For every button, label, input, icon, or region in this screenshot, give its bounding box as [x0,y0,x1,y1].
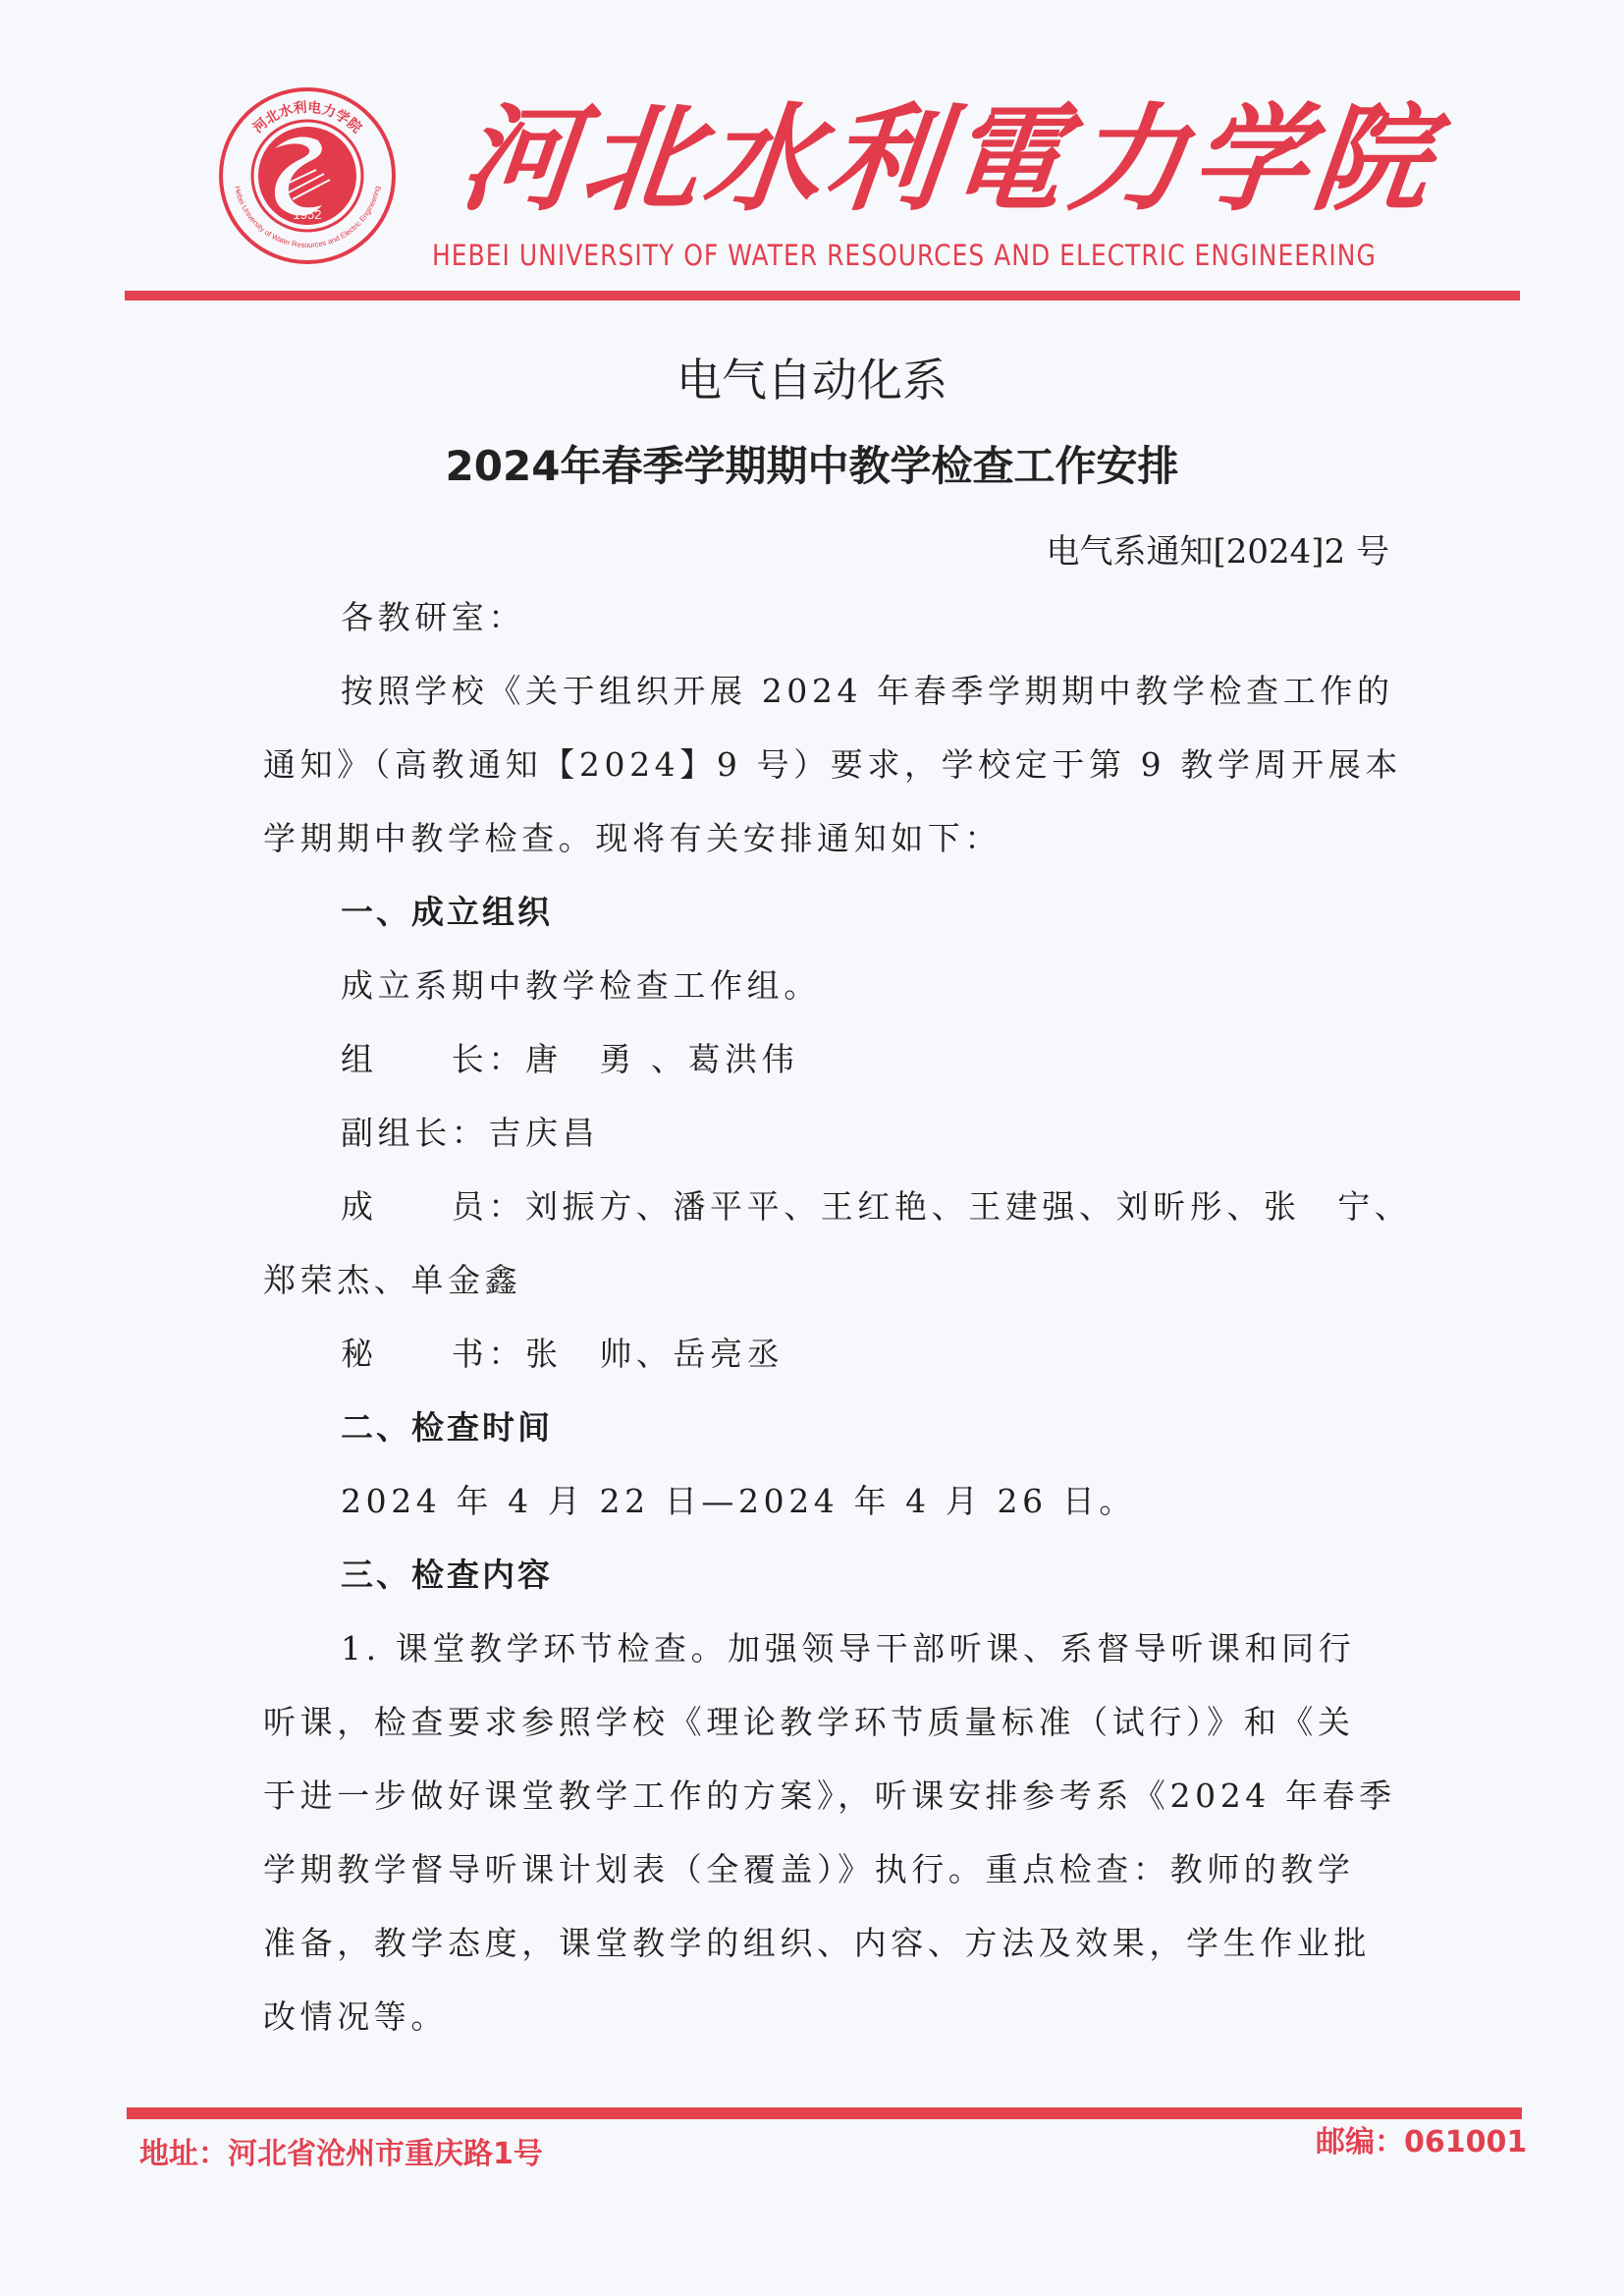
secretary-names: 张 帅、岳亮丞 [525,1335,784,1373]
deputy-name: 吉庆昌 [488,1114,599,1152]
section-heading-content: 三、检查内容 [263,1549,1392,1622]
section-text: 成立系期中教学检查工作组。 [263,959,1392,1033]
intro-line: 学期期中教学检查。现将有关安排通知如下： [263,812,1392,886]
school-name-english: HEBEI UNIVERSITY OF WATER RESOURCES AND … [432,240,1286,271]
content-line: 学期教学督导听课计划表（全覆盖）》执行。重点检查：教师的教学 [263,1843,1392,1917]
inspection-dates: 2024 年 4 月 22 日—2024 年 4 月 26 日。 [263,1475,1392,1549]
footer-postcode: 邮编：061001 [1316,2123,1512,2162]
salutation: 各教研室： [263,591,1392,665]
content-line: 准备，教学态度，课堂教学的组织、内容、方法及效果，学生作业批 [263,1917,1392,1991]
deputy-row: 副组长：吉庆昌 [263,1107,1392,1180]
section-heading-organization: 一、成立组织 [263,886,1392,959]
members-row: 成 员：刘振方、潘平平、王红艳、王建强、刘昕彤、张 宁、 [263,1180,1392,1254]
university-logo: 1952 河北水利电力学院 Hebei University of Water … [218,83,397,268]
footer-divider [127,2107,1522,2119]
leader-label: 组 长： [341,1040,525,1078]
content-line: 于进一步做好课堂教学工作的方案》，听课安排参考系《2024 年春季 [263,1770,1392,1843]
document-title: 2024年春季学期期中教学检查工作安排 [0,440,1624,493]
university-seal-icon: 1952 河北水利电力学院 Hebei University of Water … [218,83,397,268]
secretary-row: 秘 书：张 帅、岳亮丞 [263,1328,1392,1401]
leader-row: 组 长：唐 勇 、葛洪伟 [263,1033,1392,1107]
members-continued: 郑荣杰、单金鑫 [263,1254,1392,1328]
content-line: 改情况等。 [263,1991,1392,2064]
content-line: 听课，检查要求参照学校《理论教学环节质量标准（试行）》和《关 [263,1696,1392,1770]
members-names: 刘振方、潘平平、王红艳、王建强、刘昕彤、张 宁、 [525,1187,1411,1226]
deputy-label: 副组长： [341,1114,488,1152]
leader-names: 唐 勇 、葛洪伟 [525,1040,798,1078]
members-label: 成 员： [341,1187,525,1226]
department-title: 电气自动化系 [0,354,1624,407]
header-divider [125,291,1520,301]
footer-address: 地址：河北省沧州市重庆路1号 [139,2135,543,2174]
secretary-label: 秘 书： [341,1335,525,1373]
document-body: 各教研室： 按照学校《关于组织开展 2024 年春季学期期中教学检查工作的 通知… [263,591,1392,2064]
section-heading-time: 二、检查时间 [263,1401,1392,1475]
svg-text:1952: 1952 [294,207,322,222]
content-line: 1. 课堂教学环节检查。加强领导干部听课、系督导听课和同行 [263,1622,1392,1696]
intro-line: 通知》（高教通知【2024】9 号）要求，学校定于第 9 教学周开展本 [263,738,1392,812]
intro-line: 按照学校《关于组织开展 2024 年春季学期期中教学检查工作的 [263,665,1392,738]
document-number: 电气系通知[2024]2 号 [982,530,1389,574]
school-name-chinese: 河北水利電力学院 [455,90,1422,228]
